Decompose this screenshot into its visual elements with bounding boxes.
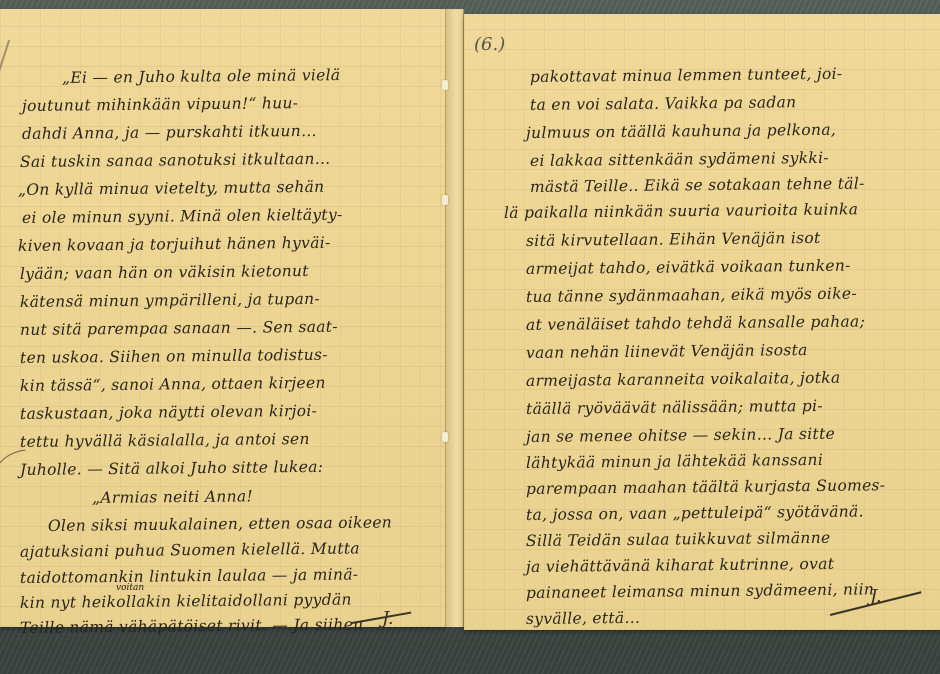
manuscript-line: ten uskoa. Siihen on minulla todistus- [20,346,328,367]
binding-stitch [442,195,448,205]
manuscript-line: taidottomankin lintukin laulaa — ja minä… [20,565,359,587]
manuscript-line: täällä ryöväävät nälissään; mutta pi- [526,397,823,418]
manuscript-line: Sai tuskin sanaa sanotuksi itkultaan… [20,150,331,171]
manuscript-line: at venäläiset tahdo tehdä kansalle pahaa… [526,312,865,334]
manuscript-line: vaan nehän liinevät Venäjän isosta [526,341,808,362]
manuscript-line: parempaan maahan täältä kurjasta Suomes- [526,476,885,498]
manuscript-line: Juholle. — Sitä alkoi Juho sitte lukea: [20,458,323,479]
left-page: „Ei — en Juho kulta ole minä vielä joutu… [0,9,446,627]
manuscript-line: kin tässä“, sanoi Anna, ottaen kirjeen [20,374,326,395]
manuscript-line: julmuus on täällä kauhuna ja pelkona, [526,121,836,142]
manuscript-line: kiven kovaan ja torjuihut hänen hyväi- [18,234,331,255]
interlinear-correction: voitan [116,583,144,593]
manuscript-line: joutunut mihinkään vipuun!“ huu- [22,94,298,115]
manuscript-line: jan se menee ohitse — sekin… Ja sitte [526,425,835,446]
manuscript-line: tettu hyvällä käsialalla, ja antoi sen [20,430,310,451]
manuscript-line: kätensä minun ympärilleni, ja tupan- [20,290,320,311]
right-page: (6.) pakottavat minua lemmen tunteet, jo… [464,14,940,630]
manuscript-line: syvälle, että… [526,609,640,628]
manuscript-line: sitä kirvutellaan. Eihän Venäjän isot [526,229,821,250]
manuscript-line: „On kyllä minua vietelty, mutta sehän [18,178,325,199]
page-number: (6.) [474,34,505,55]
manuscript-line: „Armias neiti Anna! [92,487,253,507]
manuscript-line: armeijasta karanneita voikalaita, jotka [526,369,841,390]
manuscript-line: Olen siksi muukalainen, etten osaa oikee… [48,513,392,535]
manuscript-line: Teille nämä vähäpätöiset rivit. — Ja sii… [20,615,364,637]
manuscript-line: ta en voi salata. Vaikka pa sadan [530,93,797,114]
manuscript-line: ta, jossa on, vaan „pettuleipä“ syötävän… [526,502,864,524]
manuscript-line: lyään; vaan hän on väkisin kietonut [20,262,309,283]
manuscript-line: nut sitä parempaa sanaan —. Sen saat- [20,318,338,339]
manuscript-line: Sillä Teidän sulaa tuikkuvat silmänne [526,529,831,550]
binding-stitch [442,432,448,442]
manuscript-line: ajatuksiani puhua Suomen kielellä. Mutta [20,539,360,561]
page-gutter [446,9,464,627]
manuscript-line: kin nyt heikollakin kielitaidollani pyyd… [20,591,352,612]
manuscript-line: painaneet leimansa minun sydämeeni, niin [526,580,874,602]
signature-mark-left: J. [382,608,394,629]
manuscript-line: ei ole minun syyni. Minä olen kieltäyty- [22,206,343,227]
binding-stitch [442,80,448,90]
manuscript-line: lä paikalla niinkään suuria vaurioita ku… [504,200,858,222]
manuscript-line: tua tänne sydänmaahan, eikä myös oike- [526,285,857,306]
manuscript-line: pakottavat minua lemmen tunteet, joi- [530,65,843,86]
manuscript-line: ei lakkaa sittenkään sydämeni sykki- [530,149,829,170]
manuscript-line: taskustaan, joka näytti olevan kirjoi- [20,402,317,423]
margin-pencil-mark [0,40,10,79]
manuscript-line: ja viehättävänä kiharat kutrinne, ovat [526,555,834,576]
desk-background: „Ei — en Juho kulta ole minä vielä joutu… [0,0,940,674]
manuscript-line: dahdi Anna, ja — purskahti itkuun… [22,122,317,143]
manuscript-line: mästä Teille.. Eikä se sotakaan tehne tä… [530,174,865,196]
manuscript-line: „Ei — en Juho kulta ole minä vielä [62,66,341,87]
manuscript-line: armeijat tahdo, eivätkä voikaan tunken- [526,257,851,278]
manuscript-line: lähtykää minun ja lähtekää kanssani [526,451,823,472]
